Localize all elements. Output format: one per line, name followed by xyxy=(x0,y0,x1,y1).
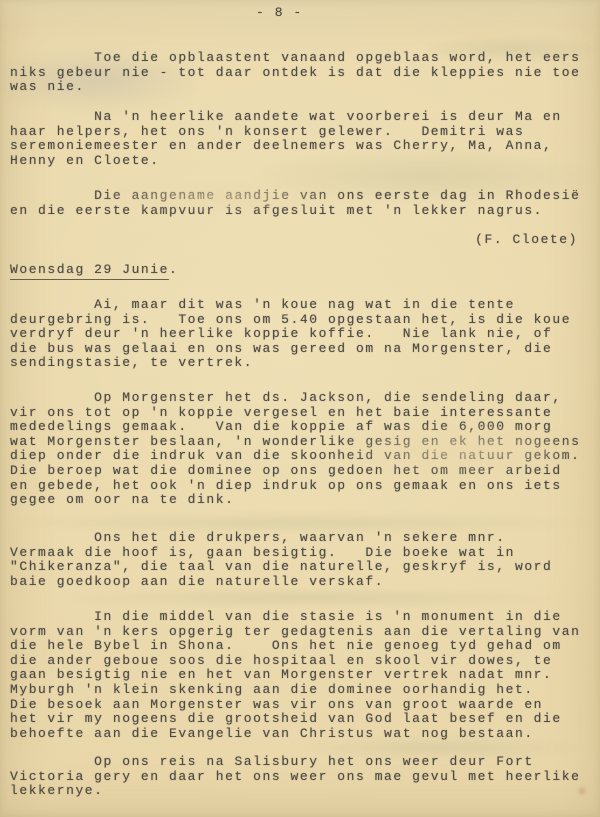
page-number: - 8 - xyxy=(256,6,303,21)
paragraph-morgenster: Op Morgenster het ds. Jackson, die sende… xyxy=(10,391,586,508)
scanned-typewritten-page: - 8 - Toe die opblaastent vanaand opgebl… xyxy=(0,0,600,817)
paragraph-koue-nag: Ai, maar dit was 'n koue nag wat in die … xyxy=(10,298,586,371)
paragraph-tent: Toe die opblaastent vanaand opgeblaas wo… xyxy=(10,51,586,95)
paragraph-drukpers: Ons het die drukpers, waarvan 'n sekere … xyxy=(10,531,586,589)
entry-heading: Woensdag 29 Junie. xyxy=(10,263,586,278)
paragraph-salisbury: Op ons reis na Salisbury het ons weer de… xyxy=(10,755,586,799)
paragraph-kampvuur: Die aangename aandjie van ons eerste dag… xyxy=(10,189,586,218)
page-body: - 8 - Toe die opblaastent vanaand opgebl… xyxy=(0,0,600,817)
signature: (F. Cloete) xyxy=(475,233,578,248)
paragraph-konsert: Na 'n heerlike aandete wat voorberei is … xyxy=(10,110,586,168)
entry-heading-underlined-text: Woensdag 29 Junie xyxy=(10,262,169,280)
paragraph-monument: In die middel van die stasie is 'n monum… xyxy=(10,610,586,741)
entry-heading-period: . xyxy=(169,262,178,277)
